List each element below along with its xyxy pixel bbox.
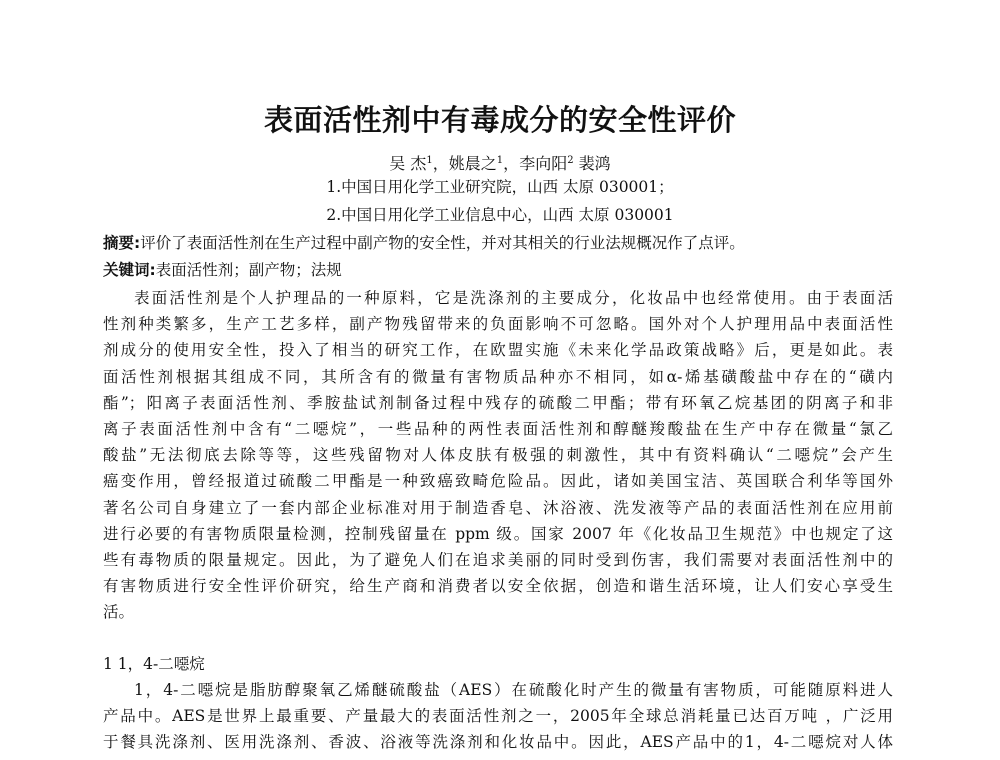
abstract: 摘要:评价了表面活性剂在生产过程中副产物的安全性，并对其相关的行业法规概况作了点… xyxy=(103,231,893,255)
keywords-text: 表面活性剂；副产物；法规 xyxy=(156,261,342,279)
text-line: 于餐具洗涤剂、医用洗涤剂、香波、浴液等洗涤剂和化妆品中。因此，AES产品中的1，… xyxy=(103,729,893,755)
text-line: 有害物质进行安全性评价研究，给生产商和消费者以安全依据，创造和谐生活环境，让人们… xyxy=(103,573,893,599)
author-separator: ， xyxy=(433,154,449,173)
text-line: 酸盐”无法彻底去除等等，这些残留物对人体皮肤有极强的刺激性，其中有资料确认“二噁… xyxy=(103,442,893,468)
text-line: 产品中。AES是世界上最重要、产量最大的表面活性剂之一，2005年全球总消耗量已… xyxy=(103,703,893,729)
text-line: 离子表面活性剂中含有“二噁烷”，一些品种的两性表面活性剂和醇醚羧酸盐在生产中存在… xyxy=(103,416,893,442)
section-heading: 1 1，4-二噁烷 xyxy=(103,651,205,677)
keywords: 关键词:表面活性剂；副产物；法规 xyxy=(103,258,893,282)
affiliation-marker: 2 xyxy=(567,155,573,166)
author-name: 裴鸿 xyxy=(579,154,611,173)
abstract-label: 摘要: xyxy=(103,234,140,252)
author-name: 李向阳 xyxy=(519,154,567,173)
affiliation-2: 2.中国日用化学工业信息中心，山西 太原 030001 xyxy=(0,203,1000,227)
text-line: 性剂种类繁多，生产工艺多样，副产物残留带来的负面影响不可忽略。国外对个人护理用品… xyxy=(103,311,893,337)
text-line: 进行必要的有害物质限量检测，控制残留量在 ppm 级。国家 2007 年《化妆品… xyxy=(103,521,893,547)
document-page: 表面活性剂中有毒成分的安全性评价 吴 杰1，姚晨之1，李向阳2 裴鸿 1.中国日… xyxy=(0,0,1000,760)
author-list: 吴 杰1，姚晨之1，李向阳2 裴鸿 xyxy=(0,149,1000,176)
author-name: 姚晨之 xyxy=(449,154,497,173)
abstract-text: 评价了表面活性剂在生产过程中副产物的安全性，并对其相关的行业法规概况作了点评。 xyxy=(140,234,745,252)
section-paragraph: 1，4-二噁烷是脂肪醇聚氧乙烯醚硫酸盐（AES）在硫酸化时产生的微量有害物质，可… xyxy=(103,677,893,756)
text-line: 癌变作用，曾经报道过硫酸二甲酯是一种致癌致畸危险品。因此，诸如美国宝洁、英国联合… xyxy=(103,468,893,494)
text-line: 些有毒物质的限量规定。因此，为了避免人们在追求美丽的同时受到伤害，我们需要对表面… xyxy=(103,547,893,573)
affiliation-1: 1.中国日用化学工业研究院，山西 太原 030001； xyxy=(0,175,1000,199)
text-line: 活。 xyxy=(103,599,893,625)
keywords-label: 关键词: xyxy=(103,261,156,279)
text-line: 1，4-二噁烷是脂肪醇聚氧乙烯醚硫酸盐（AES）在硫酸化时产生的微量有害物质，可… xyxy=(103,677,893,703)
text-line: 面活性剂根据其组成不同，其所含有的微量有害物质品种亦不相同，如α-烯基磺酸盐中存… xyxy=(103,364,893,390)
text-line: 表面活性剂是个人护理品的一种原料，它是洗涤剂的主要成分，化妆品中也经常使用。由于… xyxy=(103,285,893,311)
text-line: 著名公司自身建立了一套内部企业标准对用于制造香皂、沐浴液、洗发液等产品的表面活性… xyxy=(103,495,893,521)
intro-paragraph: 表面活性剂是个人护理品的一种原料，它是洗涤剂的主要成分，化妆品中也经常使用。由于… xyxy=(103,285,893,625)
author-separator: ， xyxy=(503,154,519,173)
text-line: 酯”；阳离子表面活性剂、季胺盐试剂制备过程中残存的硫酸二甲酯；带有环氧乙烷基团的… xyxy=(103,390,893,416)
text-line: 剂成分的使用安全性，投入了相当的研究工作，在欧盟实施《未来化学品政策战略》后，更… xyxy=(103,337,893,363)
paper-title: 表面活性剂中有毒成分的安全性评价 xyxy=(0,100,1000,140)
author-name: 吴 杰 xyxy=(389,154,426,173)
